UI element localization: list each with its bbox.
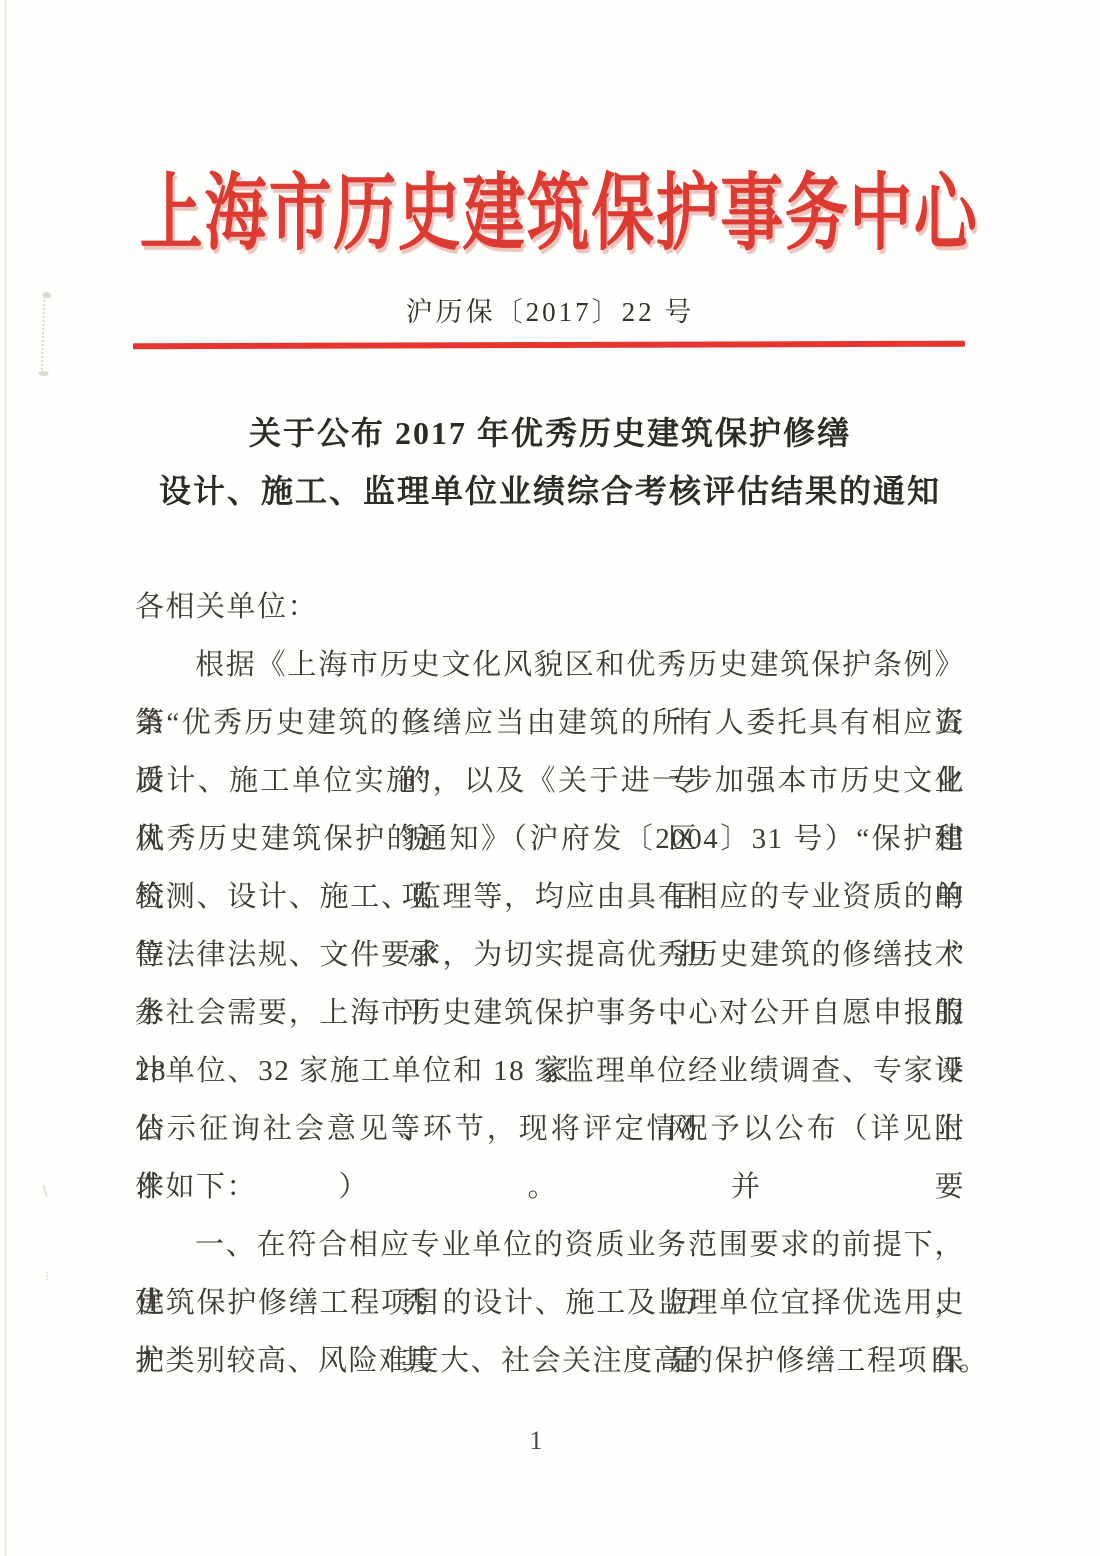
body-line: 等法律法规、文件要求，为切实提高优秀历史建筑的修缮技术水平、服 xyxy=(135,926,965,984)
letterhead: 上海市历史建筑保护事务中心 xyxy=(0,146,1100,267)
body-line: 公示征询社会意见等环节，现将评定情况予以公布（详见附件）。并要 xyxy=(135,1100,965,1158)
document-number: 沪历保〔2017〕22 号 xyxy=(0,290,1100,329)
document-title-line-2: 设计、施工、监理单位业绩综合考核评估结果的通知 xyxy=(0,466,1100,512)
body-line: 条“优秀历史建筑的修缮应当由建筑的所有人委托具有相应资质的专业 xyxy=(135,694,965,752)
salutation: 各相关单位： xyxy=(135,578,965,636)
red-separator-rule xyxy=(133,341,965,350)
body-line: 优秀历史建筑保护的通知》（沪府发〔2004〕31 号）“保护建筑项目的 xyxy=(135,810,965,868)
body-line: 一、在符合相应专业单位的资质业务范围要求的前提下，优秀历史 xyxy=(135,1216,965,1274)
letterhead-text: 上海市历史建筑保护事务中心 xyxy=(140,146,979,267)
body-line: 计单位、32 家施工单位和 18 家监理单位经业绩调查、专家评估、网上 xyxy=(135,1042,965,1100)
document-title-line-1: 关于公布 2017 年优秀历史建筑保护修缮 xyxy=(0,408,1100,454)
body-line: 设计、施工单位实施”，以及《关于进一步加强本市历史文化风貌区和 xyxy=(135,752,965,810)
scan-artifact xyxy=(46,1272,53,1280)
scan-artifact xyxy=(42,1183,53,1197)
body-line: 建筑保护修缮工程项目的设计、施工及监理单位宜择优选用，尤其是保 xyxy=(135,1274,965,1332)
document-body: 各相关单位： 根据《上海市历史文化风貌区和优秀历史建筑保护条例》第三十五 条“优… xyxy=(135,578,965,1390)
body-line: 护类别较高、风险难度大、社会关注度高的保护修缮工程项目。 xyxy=(135,1332,965,1390)
body-line: 检测、设计、施工、监理等，均应由具有相应的专业资质的单位承担” xyxy=(135,868,965,926)
body-line: 务社会需要，上海市历史建筑保护事务中心对公开自愿申报的 28 家设 xyxy=(135,984,965,1042)
body-line: 根据《上海市历史文化风貌区和优秀历史建筑保护条例》第三十五 xyxy=(135,636,965,694)
page-number: 1 xyxy=(0,1426,1072,1456)
document-page: 上海市历史建筑保护事务中心 沪历保〔2017〕22 号 关于公布 2017 年优… xyxy=(0,0,1100,1556)
